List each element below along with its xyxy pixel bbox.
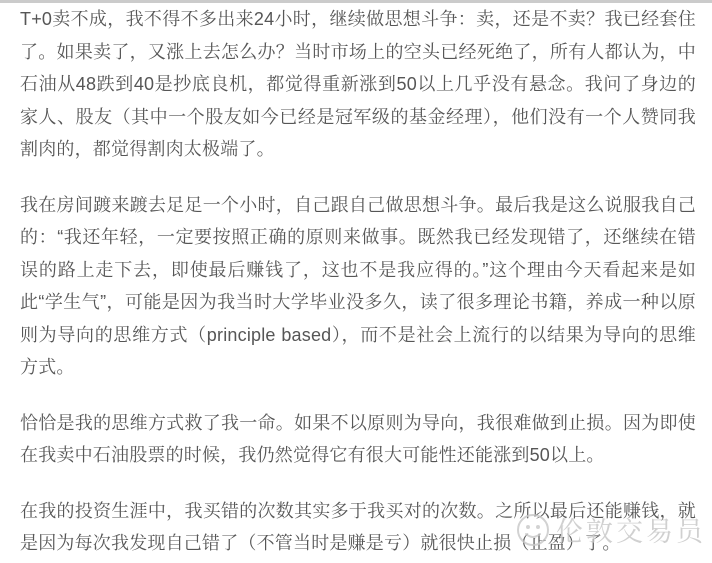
- paragraph: T+0卖不成，我不得不多出来24小时，继续做思想斗争：卖，还是不卖？我已经套住了…: [20, 3, 696, 166]
- article-body: T+0卖不成，我不得不多出来24小时，继续做思想斗争：卖，还是不卖？我已经套住了…: [0, 3, 712, 560]
- paragraph: 我在房间踱来踱去足足一个小时，自己跟自己做思想斗争。最后我是这么说服我自己的：“…: [20, 189, 696, 384]
- paragraph: 在我的投资生涯中，我买错的次数其实多于我买对的次数。之所以最后还能赚钱，就是因为…: [20, 495, 696, 560]
- paragraph: 恰恰是我的思维方式救了我一命。如果不以原则为导向，我很难做到止损。因为即使在我卖…: [20, 407, 696, 472]
